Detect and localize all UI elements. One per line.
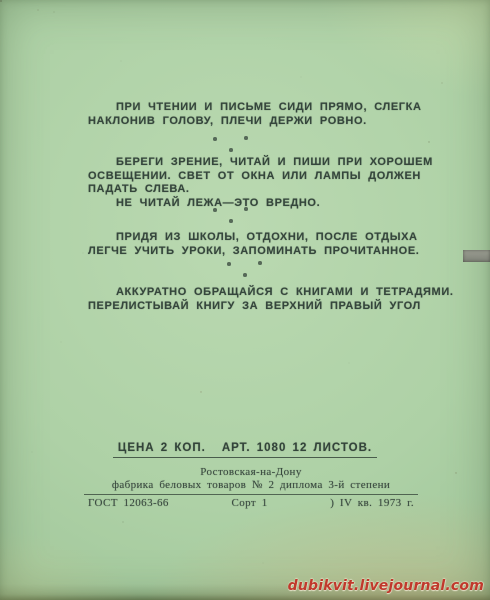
rule-line: ПРИ ЧТЕНИИ И ПИСЬМЕ СИДИ ПРЯМО, СЛЕГКА (88, 101, 436, 115)
imprint-divider (84, 494, 418, 495)
edge-sticker (463, 250, 490, 262)
asterism-dots-icon (208, 207, 252, 223)
factory-city: Ростовская-на-Дону (84, 466, 418, 479)
rule-line: НАКЛОНИВ ГОЛОВУ, ПЛЕЧИ ДЕРЖИ РОВНО. (88, 115, 436, 129)
paper-speckles (0, 0, 2, 2)
notebook-back-cover: ПРИ ЧТЕНИИ И ПИСЬМЕ СИДИ ПРЯМО, СЛЕГКА Н… (0, 0, 490, 600)
rule-line: ПАДАТЬ СЛЕВА. (88, 183, 436, 197)
article-number: АРТ. 1080 12 ЛИСТОВ. (222, 442, 372, 454)
asterism-dots-icon (208, 136, 252, 152)
rule-line: ЛЕГЧЕ УЧИТЬ УРОКИ, ЗАПОМИНАТЬ ПРОЧИТАННО… (88, 245, 436, 259)
rule-line: ПЕРЕЛИСТЫВАЙ КНИГУ ЗА ВЕРХНИЙ ПРАВЫЙ УГО… (88, 300, 436, 314)
rule-book-care: АККУРАТНО ОБРАЩАЙСЯ С КНИГАМИ И ТЕТРАДЯМ… (88, 286, 436, 313)
rule-line: ПРИДЯ ИЗ ШКОЛЫ, ОТДОХНИ, ПОСЛЕ ОТДЫХА (88, 231, 436, 245)
rule-line: НЕ ЧИТАЙ ЛЕЖА—ЭТО ВРЕДНО. (88, 197, 436, 211)
rule-rest: ПРИДЯ ИЗ ШКОЛЫ, ОТДОХНИ, ПОСЛЕ ОТДЫХА ЛЕ… (88, 231, 436, 258)
watermark-text: dubikvit.livejournal.com (288, 578, 484, 594)
asterism-dots-icon (222, 261, 266, 277)
factory-name: фабрика беловых товаров № 2 диплома 3-й … (84, 479, 418, 492)
rule-posture: ПРИ ЧТЕНИИ И ПИСЬМЕ СИДИ ПРЯМО, СЛЕГКА Н… (88, 101, 436, 128)
price-line: ЦЕНА 2 КОП.АРТ. 1080 12 ЛИСТОВ. (0, 438, 490, 458)
sort-grade: Сорт 1 (231, 497, 267, 510)
quarter-date: ) IV кв. 1973 г. (330, 497, 414, 510)
imprint-colophon: Ростовская-на-Дону фабрика беловых товар… (84, 466, 418, 510)
rule-line: АККУРАТНО ОБРАЩАЙСЯ С КНИГАМИ И ТЕТРАДЯМ… (88, 286, 436, 300)
price-value: ЦЕНА 2 КОП. (118, 442, 206, 454)
rule-line: ОСВЕЩЕНИИ. СВЕТ ОТ ОКНА ИЛИ ЛАМПЫ ДОЛЖЕН (88, 170, 436, 184)
gost-number: ГОСТ 12063-66 (88, 497, 169, 510)
rule-eyesight: БЕРЕГИ ЗРЕНИЕ, ЧИТАЙ И ПИШИ ПРИ ХОРОШЕМ … (88, 156, 436, 210)
rule-line: БЕРЕГИ ЗРЕНИЕ, ЧИТАЙ И ПИШИ ПРИ ХОРОШЕМ (88, 156, 436, 170)
